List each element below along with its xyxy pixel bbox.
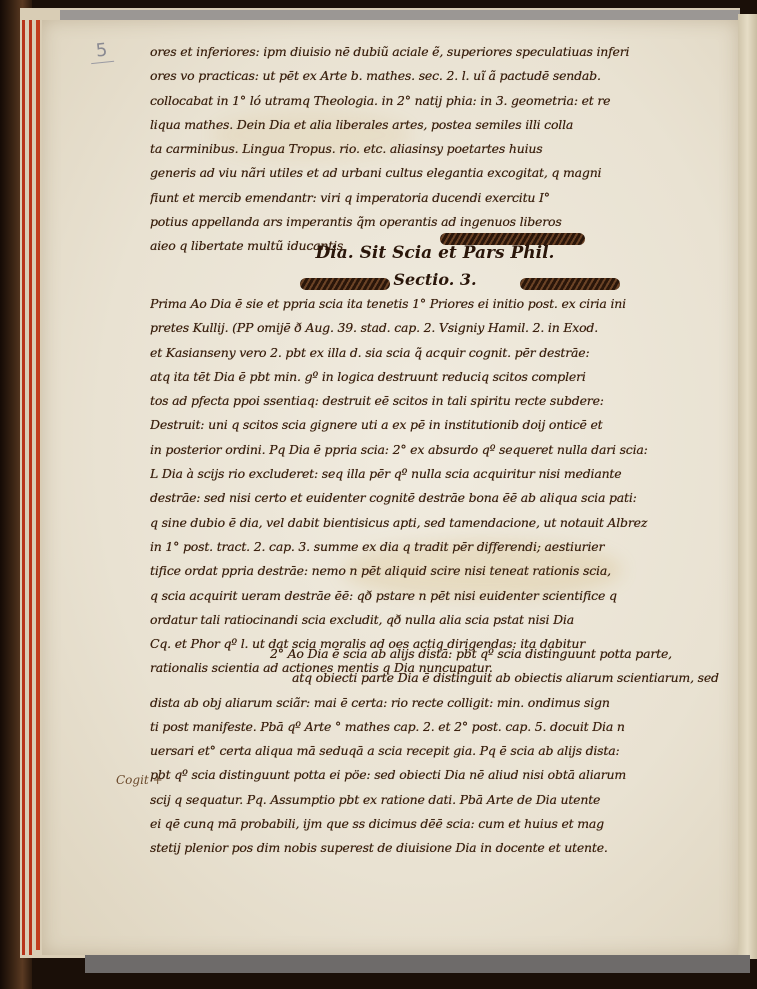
section-number: Sectio. 3. [150, 270, 720, 289]
text-line: in 1° post. tract. 2. cap. 3. summe ex d… [150, 535, 720, 559]
paragraph-3: 2° Ao Dia ē scia ab alijs distā: pbt qº … [150, 642, 720, 861]
text-line: ordatur tali ratiocinandi scia excludit,… [150, 608, 720, 632]
red-page-edge [29, 20, 32, 955]
red-page-edge [36, 20, 40, 950]
text-line: tifice ordat ppria destrāe: nemo n pēt a… [150, 559, 720, 583]
text-line: 2° Ao Dia ē scia ab alijs distā: pbt qº … [150, 642, 720, 666]
text-line: liqua mathes. Dein Dia et alia liberales… [150, 113, 720, 137]
text-line: ti post manifeste. Pbā qº Arte ° mathes … [150, 715, 720, 739]
text-line: collocabat in 1° ló utramq Theologia. in… [150, 89, 720, 113]
margin-note: Cogit + [116, 773, 163, 787]
text-line: atq obiecti parte Dia ē distinguit ab ob… [150, 666, 720, 690]
text-line: q sine dubio ē dia, vel dabit bientisicu… [150, 511, 720, 535]
text-line: Prima Ao Dia ē sie et ppria scia ita ten… [150, 292, 720, 316]
text-line: potius appellanda ars imperantis q̃m ope… [150, 210, 720, 234]
text-line: pretes Kullij. (PP omijē ð Aug. 39. stad… [150, 316, 720, 340]
text-line: uersari et° certa aliqua mā seduqā a sci… [150, 739, 720, 763]
text-line: dista ab obj aliarum sciãr: mai ē certa:… [150, 691, 720, 715]
text-line: et Kasianseny vero 2. pbt ex illa d. sia… [150, 341, 720, 365]
text-line: Destruit: uni q scitos scia gignere uti … [150, 413, 720, 437]
paragraph-2: Prima Ao Dia ē sie et ppria scia ita ten… [150, 292, 720, 681]
text-line: scij q sequatur. Pq. Assumptio pbt ex ra… [150, 788, 720, 812]
text-line: atq ita tēt Dia ē pbt min. gº in logica … [150, 365, 720, 389]
text-line: q scia acquirit ueram destrāe ēē: qð pst… [150, 584, 720, 608]
text-line: ores et inferiores: ipm diuisio nē dubiu… [150, 40, 720, 64]
facing-page-edge [738, 14, 757, 959]
text-line: fiunt et mercib emendantr: viri q impera… [150, 186, 720, 210]
text-line: L Dia à scijs rio excluderet: seq illa p… [150, 462, 720, 486]
red-page-edge [22, 20, 25, 955]
folio-number: 5 [89, 39, 115, 64]
flourish-ornament [520, 278, 620, 290]
paragraph-1: ores et inferiores: ipm diuisio nē dubiu… [150, 40, 720, 259]
text-line: ei qē cunq mā probabili, ijm que ss dici… [150, 812, 720, 836]
text-line: tos ad pfecta ppoi ssentiaq: destruit eē… [150, 389, 720, 413]
text-line: ta carminibus. Lingua Tropus. rio. etc. … [150, 137, 720, 161]
section-title: Dia. Sit Scia et Pars Phil. [150, 243, 720, 263]
tissue-strip-bottom [85, 955, 750, 973]
text-line: pbt qº scia distinguunt potta ei pöe: se… [150, 763, 720, 787]
text-line: destrāe: sed nisi certo et euidenter cog… [150, 486, 720, 510]
text-line: stetij plenior pos dim nobis superest de… [150, 836, 720, 860]
text-line: in posterior ordini. Pq Dia ē ppria scia… [150, 438, 720, 462]
text-line: ores vo practicas: ut pēt ex Arte b. mat… [150, 64, 720, 88]
text-line: generis ad viu nãri utiles et ad urbani… [150, 161, 720, 185]
